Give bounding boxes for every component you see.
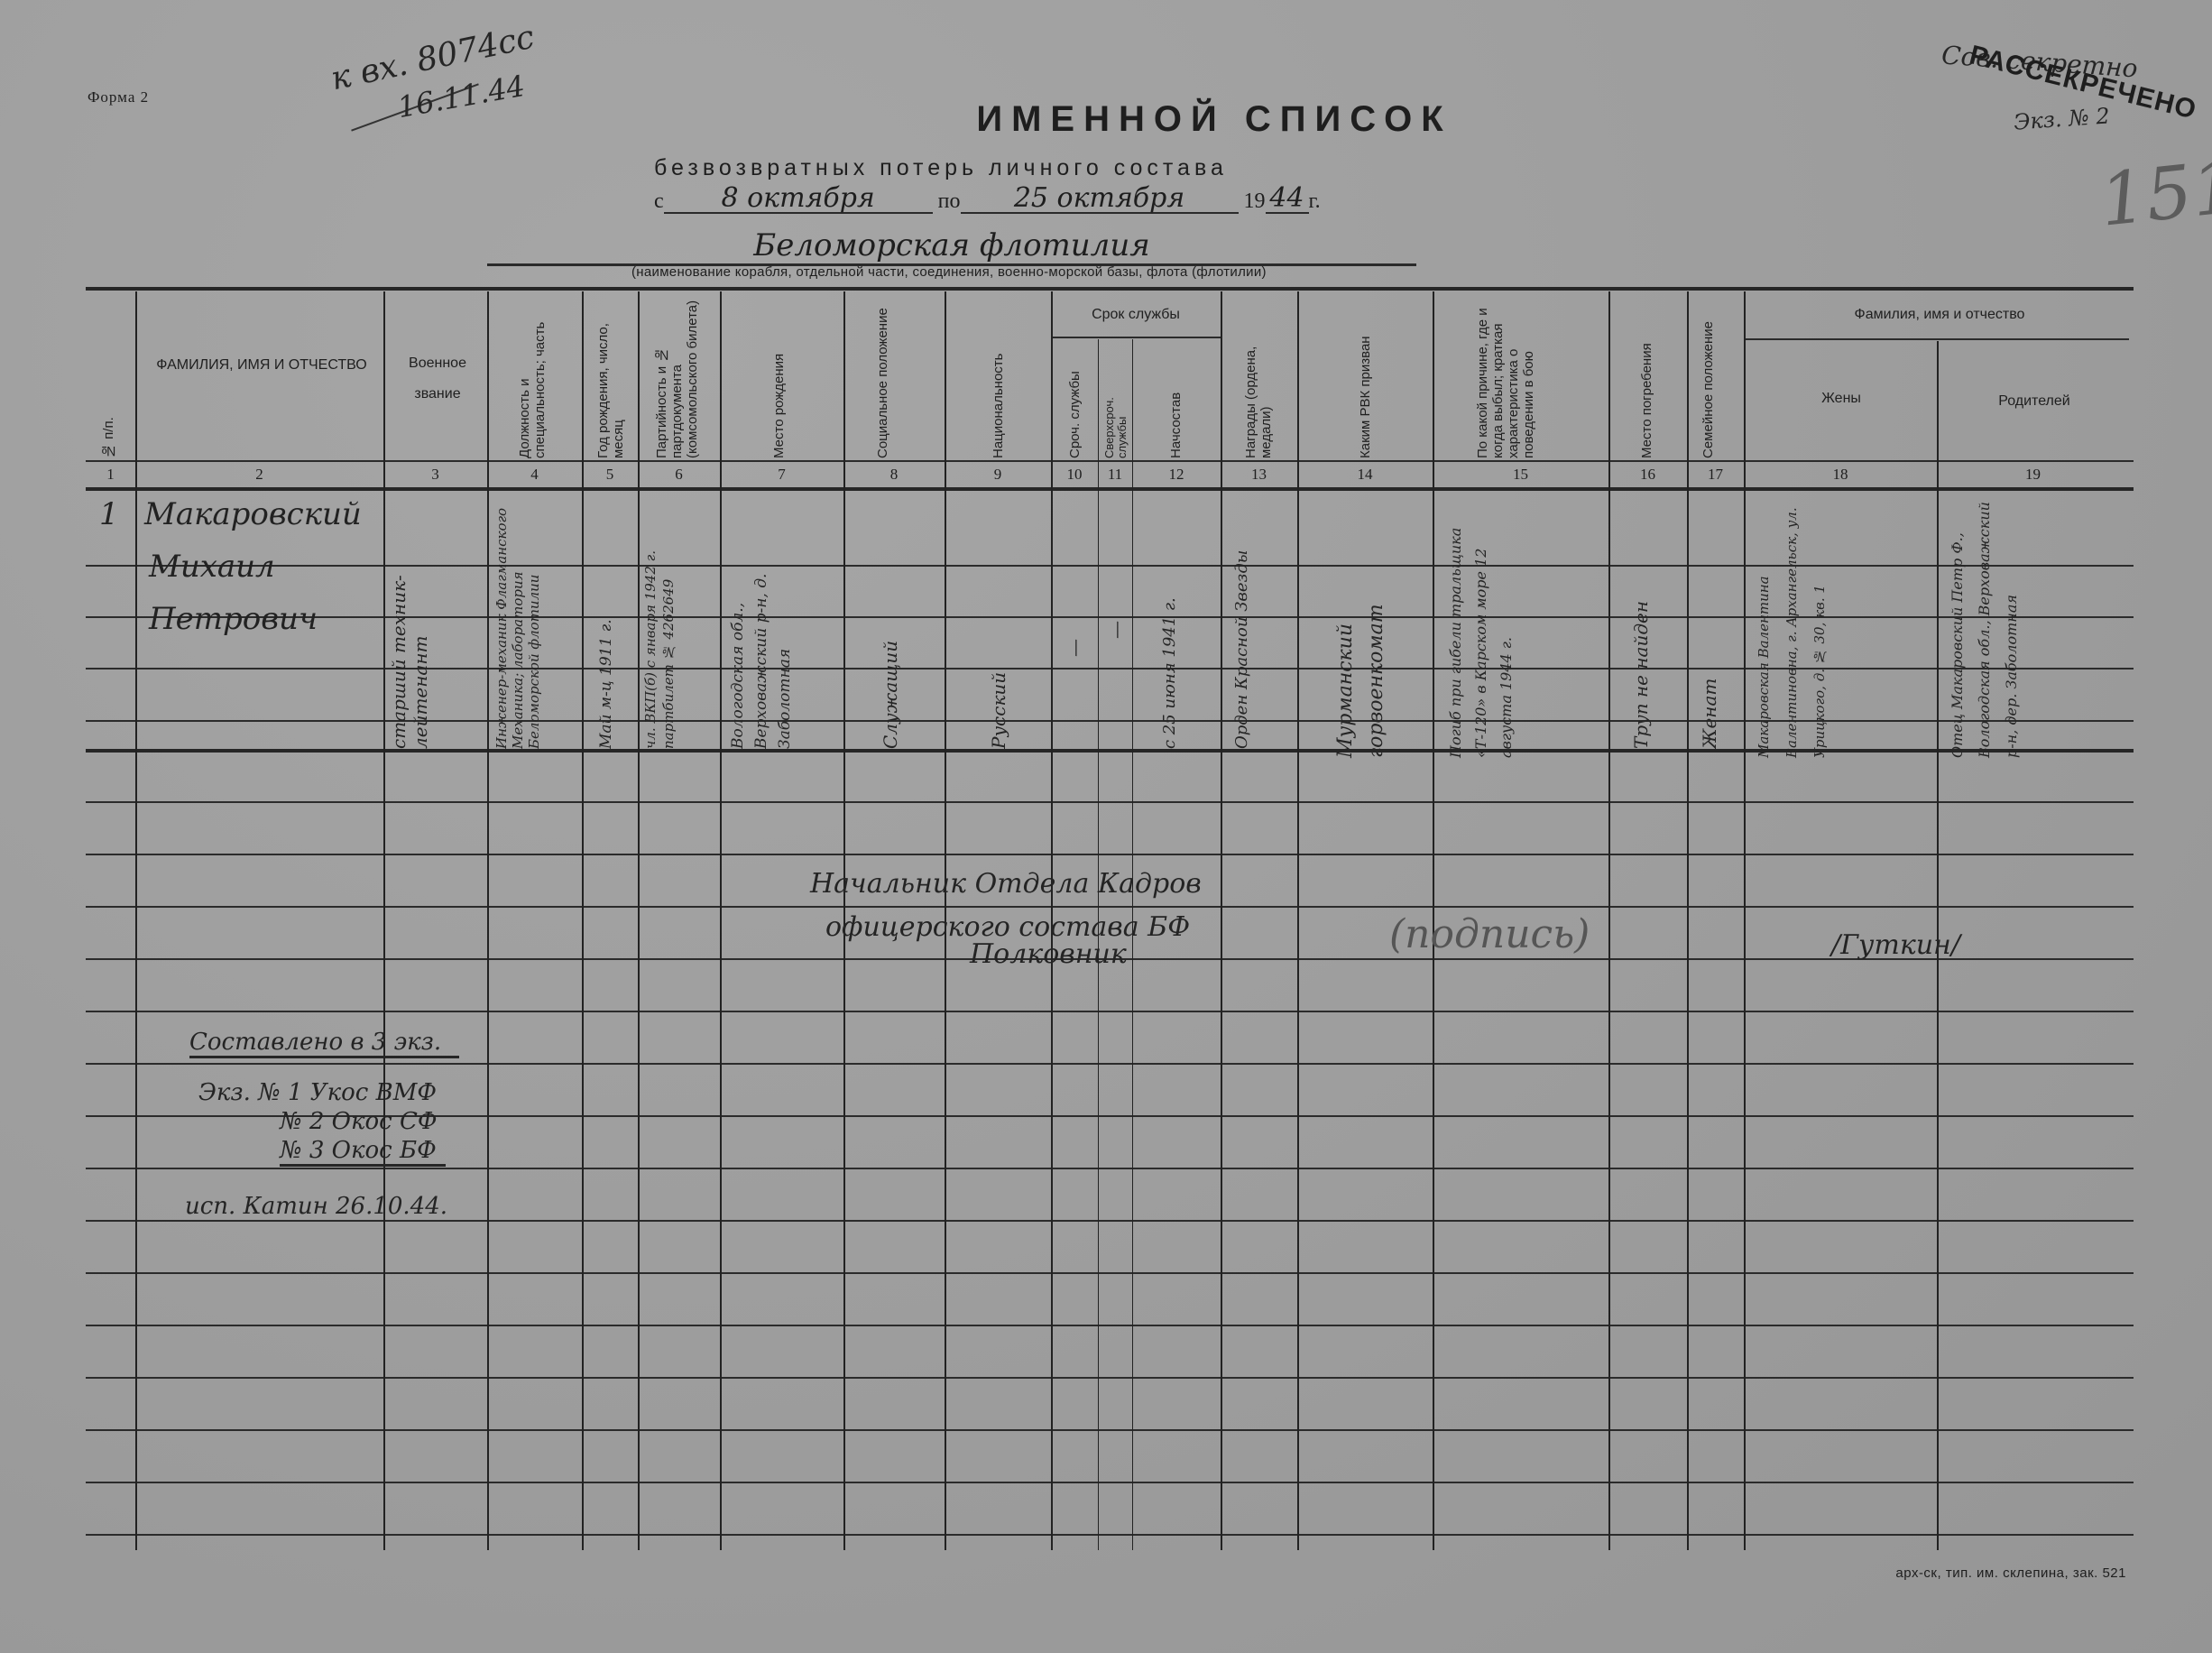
row-line [86,801,2134,803]
entry-patronymic: Петрович [149,601,318,637]
header-relatives-name: Фамилия, имя и отчество [1746,307,2134,323]
header-col-2: ФАМИЛИЯ, ИМЯ И ОТЧЕСТВО [140,350,383,381]
row-line [86,906,2134,908]
header-col-18: Жены [1746,391,1937,407]
entry-rank: старший техник-лейтенант [388,496,478,749]
period-line: с 8 октября по 25 октября 19 44 г. [654,185,1321,214]
distribution-line-2: Экз. № 1 Укос ВМФ [198,1079,437,1106]
unit-name: Беломорская флотилия [487,227,1416,266]
row-line [86,1325,2134,1326]
row-line [86,1011,2134,1012]
period-year-value: 44 [1266,185,1309,214]
colnum-6: 6 [638,466,720,484]
distribution-line-3: № 2 Окос СФ [280,1108,437,1135]
folio-number: 151 [2097,144,2212,242]
period-year-suffix: г. [1309,189,1321,214]
colnum-9: 9 [945,466,1051,484]
distribution-line-5: исп. Катин 26.10.44. [185,1193,447,1220]
header-col-5: Год рождения, число, месяц [595,305,631,458]
header-service-term: Срок службы [1051,307,1221,323]
entry-wife: Макаровская Валентина Валентиновна, г. А… [1750,496,1931,758]
service-term-subrule [1051,337,1221,338]
unit-caption: (наименование корабля, отдельной части, … [631,264,1267,280]
entry-officer-since: с 25 июня 1941 г. [1159,496,1195,749]
entry-awards: Орден Красной Звезды [1230,496,1293,749]
colnum-14: 14 [1297,466,1433,484]
colnum-12: 12 [1132,466,1221,484]
document-title: ИМЕННОЙ СПИСОК [0,99,2212,140]
row-line [86,1272,2134,1274]
colnum-13: 13 [1221,466,1297,484]
table-top-border [86,287,2134,291]
header-col-13: Награды (ордена, медали) [1243,305,1279,458]
period-from-prefix: с [654,189,664,214]
entry-parents: Отец Макаровский Петр Ф., Вологодская об… [1944,496,2124,758]
entry-first-name: Михаил [149,549,275,585]
entry-regular-service: — [1064,585,1085,657]
col-divider [1132,339,1133,1550]
colnum-2: 2 [135,466,383,484]
entry-cause: Погиб при гибели тральщика «Т-120» в Кар… [1443,496,1606,758]
entry-social: Служащий [880,496,916,749]
header-divider [86,460,2134,462]
signature-line-1: Начальник Отдела Кадров [810,868,1202,900]
header-col-7: Место рождения [771,305,787,458]
colnum-10: 10 [1051,466,1098,484]
colnum-1: 1 [86,466,135,484]
period-year-prefix: 19 [1244,189,1266,214]
colnum-3: 3 [383,466,487,484]
header-col-1: № п/п. [101,395,116,458]
period-to-prefix: по [938,189,961,214]
handwritten-signature: (подпись) [1389,911,1590,957]
relatives-subrule [1746,338,2129,340]
row-line [86,854,2134,855]
row-line [86,1534,2134,1536]
colnum-8: 8 [843,466,945,484]
entry-birth: Май м-ц 1911 г. [595,496,631,749]
header-col-16: Место погребения [1639,305,1654,458]
colnum-18: 18 [1744,466,1937,484]
entry-party: чл. ВКП(б) с января 1942 г. партбилет № … [641,496,717,749]
entry-draft-office: Мурманский горвоенкомат [1331,496,1403,758]
document-subtitle: безвозвратных потерь личного состава [654,155,1228,181]
entry-surname: Макаровский [144,496,362,532]
header-col-12: Начсостав [1168,368,1184,458]
distribution-line-1: Составлено в 3 экз. [189,1029,459,1058]
colnum-15: 15 [1433,466,1608,484]
header-col-6: Партийность и № партдокумента (комсомоль… [654,296,708,458]
entry-nationality: Русский [988,496,1024,749]
row-line [86,1377,2134,1379]
entry-family-status: Женат [1699,496,1735,749]
header-col-19: Родителей [1940,393,2129,410]
distribution-line-4: № 3 Окос БФ [280,1137,446,1167]
row-line [86,1482,2134,1483]
entry-index: 1 [99,496,119,532]
signature-line-3: Полковник [970,938,1127,970]
colnum-5: 5 [582,466,638,484]
header-col-3: Военное звание [388,348,487,410]
entry-burial: Труп не найден [1630,496,1675,749]
entry-birthplace: Вологодская обл., Верховажский р-н, д. З… [726,496,839,749]
row-line [86,1220,2134,1222]
header-col-9: Национальность [991,305,1006,458]
colnum-4: 4 [487,466,582,484]
entry-extended-service: — [1105,567,1127,639]
colnum-11: 11 [1098,466,1132,484]
header-col-17: Семейное положение [1700,305,1737,458]
row-line [86,1063,2134,1065]
header-col-4: Должность и специальность; часть [517,296,553,458]
header-col-15: По какой причине, где и когда выбыл; кра… [1475,296,1556,458]
column-number-divider [86,487,2134,491]
row-line [86,1429,2134,1431]
signatory-name: /Гуткин/ [1831,929,1960,961]
header-col-8: Социальное положение [875,305,911,458]
colnum-19: 19 [1937,466,2129,484]
colnum-16: 16 [1608,466,1687,484]
header-col-14: Каким РВК призван [1358,296,1373,458]
colnum-7: 7 [720,466,843,484]
period-from-value: 8 октября [664,185,933,214]
header-col-10: Сроч. службы [1067,350,1083,458]
colnum-17: 17 [1687,466,1744,484]
row-line [86,1168,2134,1169]
header-col-11: Сверхсроч. службы [1103,368,1130,458]
period-to-value: 25 октября [961,185,1239,214]
entry-position: Инженер-механик Флагманского Механика; л… [493,496,580,749]
printer-imprint: арх-ск, тип. им. склепина, зак. 521 [1895,1565,2126,1581]
